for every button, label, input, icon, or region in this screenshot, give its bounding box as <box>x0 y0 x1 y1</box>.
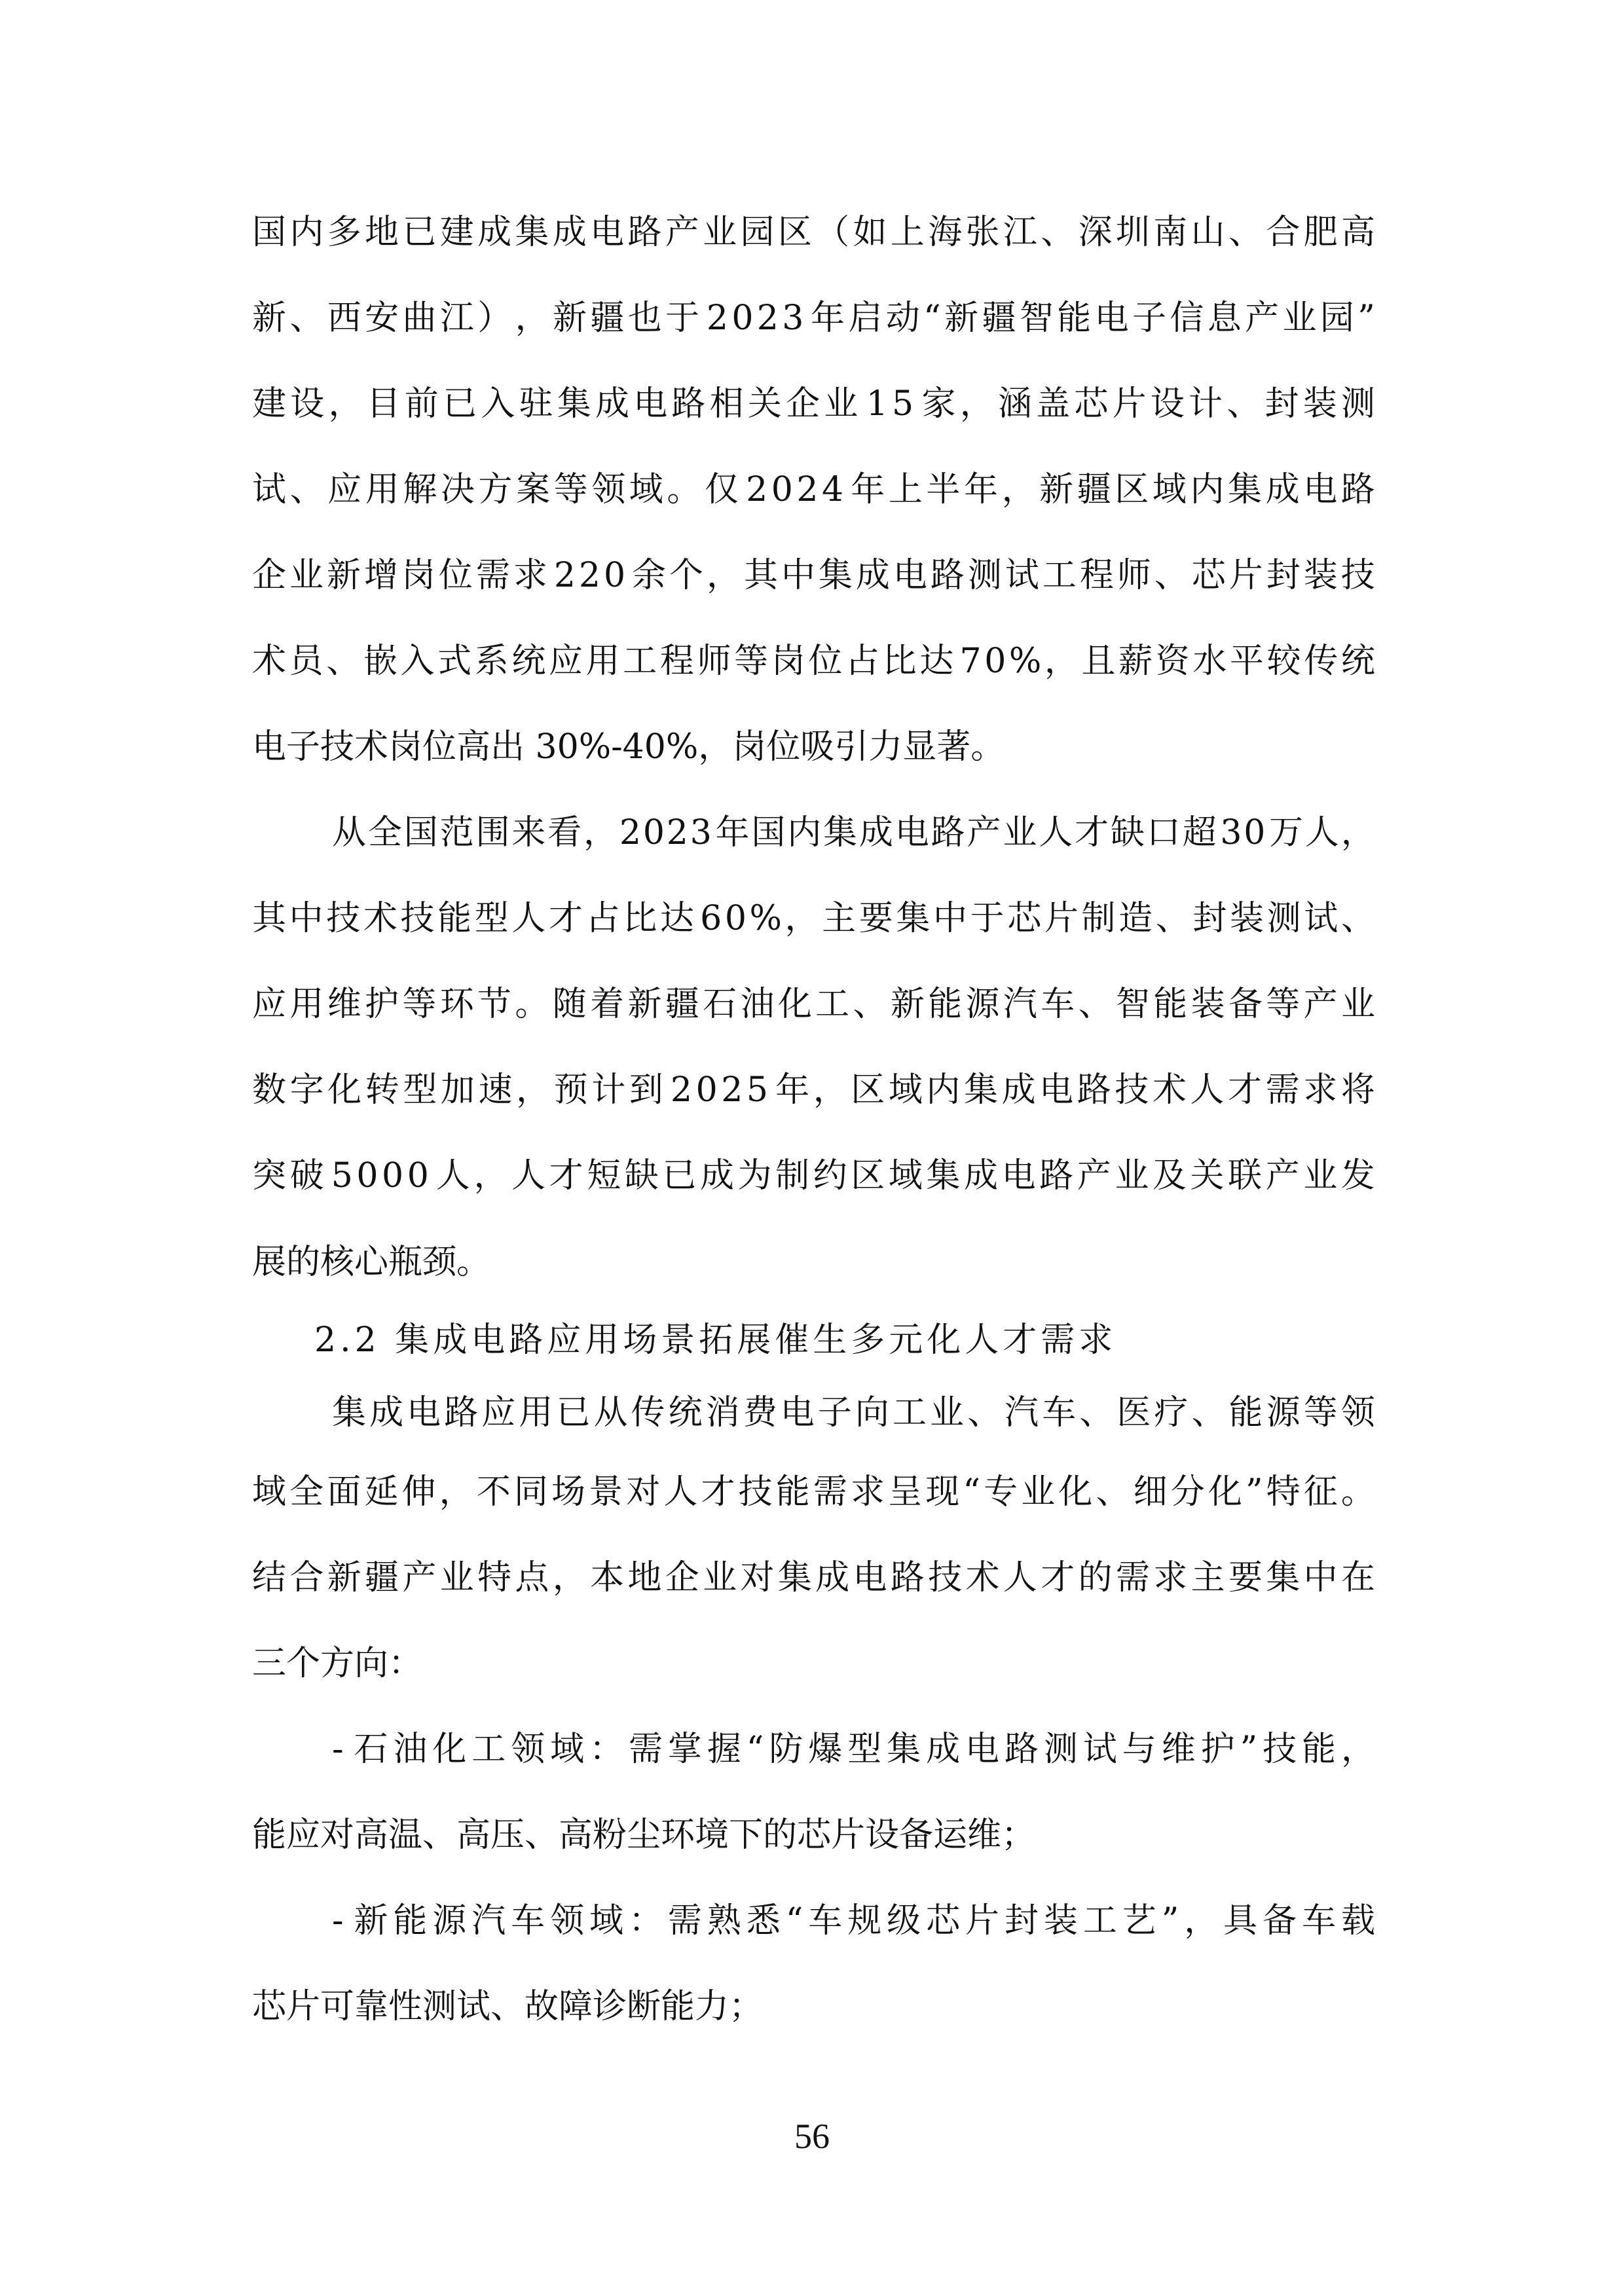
text-line: 新、西安曲江），新疆也于 2023 年启动“新疆智能电子信息产业园” <box>252 295 1375 341</box>
text-line: 应用维护等环节。随着新疆石油化工、新能源汽车、智能装备等产业 <box>252 981 1375 1027</box>
text-line: 术员、嵌入式系统应用工程师等岗位占比达 70%，且薪资水平较传统 <box>252 638 1375 684</box>
text-line: 其中技术技能型人才占比达 60%，主要集中于芯片制造、封装测试、 <box>252 896 1375 941</box>
text-line: - 新能源汽车领域：需熟悉“车规级芯片封装工艺”，具备车载 <box>332 1898 1375 1944</box>
text-line: 芯片可靠性测试、故障诊断能力； <box>252 1984 1375 2030</box>
text-line: 电子技术岗位高出 30%-40%，岗位吸引力显著。 <box>252 724 1375 770</box>
text-line: 试、应用解决方案等领域。仅 2024 年上半年，新疆区域内集成电路 <box>252 467 1375 513</box>
text-line: 结合新疆产业特点，本地企业对集成电路技术人才的需求主要集中在 <box>252 1555 1375 1601</box>
text-line: - 石油化工领域：需掌握“防爆型集成电路测试与维护”技能， <box>332 1726 1375 1772</box>
document-page: 国内多地已建成集成电路产业园区（如上海张江、深圳南山、合肥高新、西安曲江），新疆… <box>0 0 1624 2296</box>
section-heading: 2.2 集成电路应用场景拓展催生多元化人才需求 <box>314 1317 1375 1363</box>
text-line: 数字化转型加速，预计到 2025 年，区域内集成电路技术人才需求将 <box>252 1067 1375 1113</box>
text-line: 企业新增岗位需求 220 余个，其中集成电路测试工程师、芯片封装技 <box>252 553 1375 598</box>
text-line: 建设，目前已入驻集成电路相关企业 15 家，涵盖芯片设计、封装测 <box>252 381 1375 427</box>
text-line: 三个方向： <box>252 1641 1375 1686</box>
text-line: 突破 5000 人，人才短缺已成为制约区域集成电路产业及关联产业发 <box>252 1153 1375 1199</box>
text-line: 能应对高温、高压、高粉尘环境下的芯片设备运维； <box>252 1812 1375 1858</box>
text-line: 从全国范围来看，2023 年国内集成电路产业人才缺口超 30 万人， <box>332 810 1375 856</box>
text-line: 展的核心瓶颈。 <box>252 1239 1375 1285</box>
page-number: 56 <box>747 2113 877 2159</box>
text-line: 域全面延伸，不同场景对人才技能需求呈现“专业化、细分化”特征。 <box>252 1469 1375 1515</box>
text-line: 国内多地已建成集成电路产业园区（如上海张江、深圳南山、合肥高 <box>252 210 1375 255</box>
text-line: 集成电路应用已从传统消费电子向工业、汽车、医疗、能源等领 <box>332 1390 1375 1436</box>
